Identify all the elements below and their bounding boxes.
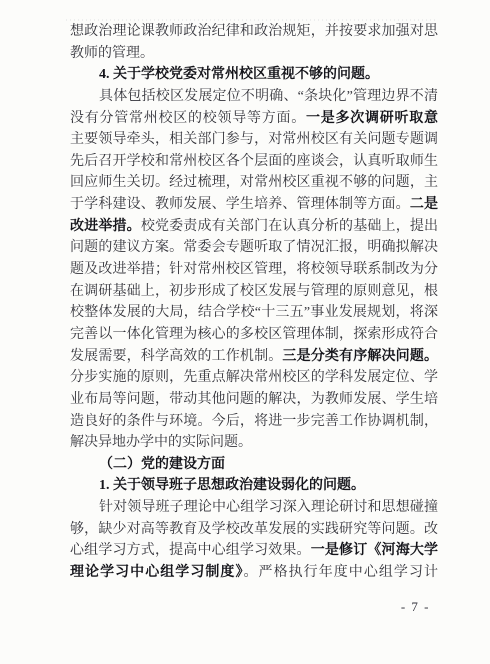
text-line: 回应师生关切。经过梳理，对常州校区重视不够的问题，主要在 [70, 172, 438, 194]
text-segment: 针对领导班子理论中心组学习深入理论研讨和思想碰撞不 [70, 500, 438, 519]
text-line: 教师的管理。 [70, 43, 438, 65]
text-segment: 校整体发展的大局，结合学校“十三五”事业发展规划，将深化 [70, 305, 438, 324]
bold-text-segment: 改进举措。 [70, 219, 141, 234]
text-segment: 发展需要，科学高效的工作机制。 [70, 349, 282, 364]
text-line: 分步实施的原则，先重点解决常州校区的学科发展定位、学科专 [70, 367, 438, 389]
text-segment: 主要领导牵头，相关部门参与，对常州校区有关问题专题调研。 [70, 132, 438, 151]
text-segment: 想政治理论课教师政治纪律和政治规矩，并按要求加强对思政课 [70, 24, 438, 43]
text-line: 没有分管常州校区的校领导等方面。一是多次调研听取意见。由 [70, 108, 438, 130]
text-line: 问题的建议方案。常委会专题听取了情况汇报，明确拟解决的问 [70, 237, 438, 259]
text-segment: 先后召开学校和常州校区各个层面的座谈会，认真听取师生意见， [70, 154, 438, 173]
text-line: 针对领导班子理论中心组学习深入理论研讨和思想碰撞不 [70, 497, 438, 519]
text-line: 想政治理论课教师政治纪律和政治规矩，并按要求加强对思政课 [70, 21, 438, 43]
text-segment: 于学科建设、教师发展、学生培养、管理体制等方面。 [70, 197, 410, 212]
bold-text-segment: 1. 关于领导班子思想政治建设弱化的问题。 [99, 478, 365, 493]
text-segment: 造良好的条件与环境。今后，将进一步完善工作协调机制，及时 [70, 414, 438, 433]
text-line: 发展需要，科学高效的工作机制。三是分类有序解决问题。按照 [70, 346, 438, 368]
text-segment: 在调研基础上，初步形成了校区发展与管理的原则意见，根据学 [70, 284, 438, 303]
text-line: 够，缺少对高等教育及学校改革发展的实践研究等问题。改进中 [70, 519, 438, 541]
text-line: 改进举措。校党委责成有关部门在认真分析的基础上，提出解决 [70, 216, 438, 238]
bold-text-segment: （二）党的建设方面 [99, 457, 225, 472]
bold-text-segment: 理论学习中心组学习制度》 [70, 565, 244, 580]
text-line: 在调研基础上，初步形成了校区发展与管理的原则意见，根据学 [70, 281, 438, 303]
text-line: 解决异地办学中的实际问题。 [70, 432, 438, 454]
text-line: 业布局等问题，带动其他问题的解决，为教师发展、学生培养创 [70, 389, 438, 411]
text-segment: 心组学习方式，提高中心组学习效果。 [70, 543, 311, 558]
text-segment: 回应师生关切。经过梳理，对常州校区重视不够的问题，主要在 [70, 175, 438, 194]
heading-line: 1. 关于领导班子思想政治建设弱化的问题。 [70, 475, 438, 497]
text-line: 先后召开学校和常州校区各个层面的座谈会，认真听取师生意见， [70, 151, 438, 173]
text-line: 主要领导牵头，相关部门参与，对常州校区有关问题专题调研。 [70, 129, 438, 151]
text-line: 造良好的条件与环境。今后，将进一步完善工作协调机制，及时 [70, 411, 438, 433]
text-segment: 够，缺少对高等教育及学校改革发展的实践研究等问题。改进中 [70, 522, 438, 541]
text-segment: 题及改进举措；针对常州校区管理，将校领导联系制改为分管制。 [70, 262, 438, 281]
text-segment: 具体包括校区发展定位不明确、“条块化”管理边界不清晰、 [70, 89, 438, 108]
text-segment: 业布局等问题，带动其他问题的解决，为教师发展、学生培养创 [70, 392, 438, 411]
text-line: 于学科建设、教师发展、学生培养、管理体制等方面。二是提出 [70, 194, 438, 216]
text-line: 题及改进举措；针对常州校区管理，将校领导联系制改为分管制。 [70, 259, 438, 281]
text-segment: 没有分管常州校区的校领导等方面。 [70, 111, 306, 126]
text-segment: 分步实施的原则，先重点解决常州校区的学科发展定位、学科专 [70, 370, 438, 389]
page-number: - 7 - [401, 599, 430, 615]
text-segment: 教师的管理。 [70, 46, 154, 61]
document-page: 想政治理论课教师政治纪律和政治规矩，并按要求加强对思政课教师的管理。4. 关于学… [0, 0, 490, 664]
text-segment: 完善以一体化管理为核心的多校区管理体制，探索形成符合学校 [70, 327, 438, 346]
heading-line: 4. 关于学校党委对常州校区重视不够的问题。 [70, 64, 438, 86]
heading-line: （二）党的建设方面 [70, 454, 438, 476]
text-line: 完善以一体化管理为核心的多校区管理体制，探索形成符合学校 [70, 324, 438, 346]
document-body: 想政治理论课教师政治纪律和政治规矩，并按要求加强对思政课教师的管理。4. 关于学… [70, 21, 438, 584]
bold-text-segment: 4. 关于学校党委对常州校区重视不够的问题。 [99, 67, 379, 82]
text-segment: 问题的建议方案。常委会专题听取了情况汇报，明确拟解决的问 [70, 240, 438, 259]
text-line: 理论学习中心组学习制度》。严格执行年度中心组学习计划，切 [70, 562, 438, 584]
text-line: 校整体发展的大局，结合学校“十三五”事业发展规划，将深化 [70, 302, 438, 324]
text-segment: 解决异地办学中的实际问题。 [70, 435, 252, 450]
text-line: 具体包括校区发展定位不明确、“条块化”管理边界不清晰、 [70, 86, 438, 108]
bold-text-segment: 三是分类有序解决问题。 [282, 349, 438, 364]
text-line: 心组学习方式，提高中心组学习效果。一是修订《河海大学党委 [70, 540, 438, 562]
